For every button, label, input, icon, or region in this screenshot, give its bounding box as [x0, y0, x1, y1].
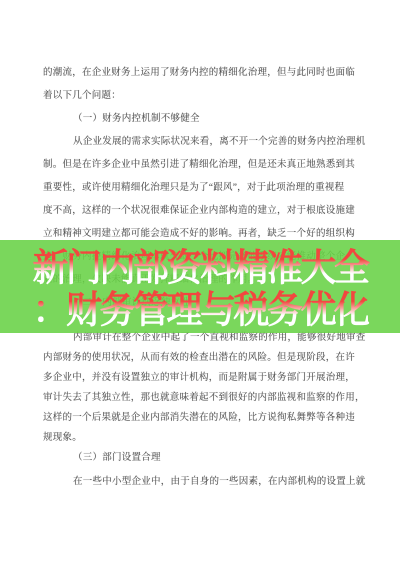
document-line: 这样的一个后果就是企业内部消失潜在的风险，比方说徇私舞弊等各种违	[43, 413, 355, 424]
document-line: 立和精神文明建立都可能会造成不好的影响。再者，缺乏一个好的组织构	[43, 229, 355, 240]
document-line: 从企业发展的需求实际状况来看，离不开一个完善的财务内控治理机	[73, 137, 366, 148]
document-line: 审计失去了其独立性，那也就意味着起不到很好的内部监视和监察的作用，	[43, 393, 365, 404]
promo-title-line1: 新门内部资料精准大全	[0, 246, 400, 290]
document-line: 在一些中小型企业中，由于自身的一些因素，在内部机构的设置上就	[73, 477, 366, 488]
scanned-document-page: 的潮流，在企业财务上运用了财务内控的精细化治理，但与此同时也面临着以下几个问题：…	[0, 0, 400, 566]
document-line: 着以下几个问题：	[43, 91, 121, 102]
document-line: 规现象。	[43, 433, 82, 444]
promo-title-line2: ：财务管理与税务优化	[0, 288, 400, 332]
document-line: 的潮流，在企业财务上运用了财务内控的精细化治理，但与此同时也面临	[43, 68, 355, 79]
document-line: 多企业中，并没有设置独立的审计机构，而是附属于财务部门开展治理，	[43, 373, 355, 384]
document-line: 制。但是在许多企业中虽然引进了精细化治理，但是还未真正地熟悉到其	[43, 160, 355, 171]
promo-banner: 新门内部资料精准大全 ：财务管理与税务优化	[0, 240, 400, 333]
document-line: 内部财务的使用状况，从而有效的检查出潜在的风险。但是现阶段，在许	[43, 353, 355, 364]
document-line: （一）财务内控机制不够健全	[73, 114, 200, 125]
document-line: 内部审计在整个企业中起了一个直视和监察的作用，能够很好地审查	[73, 333, 366, 344]
document-line: （三）部门设置合理	[73, 453, 161, 464]
document-line: 度不高，这样的一个状况很难保证企业内部构造的建立，对于根底设施建	[43, 206, 355, 217]
document-line: 重要性，或许使用精细化治理只是为了“跟风”，对于此项治理的重视程	[43, 183, 344, 194]
